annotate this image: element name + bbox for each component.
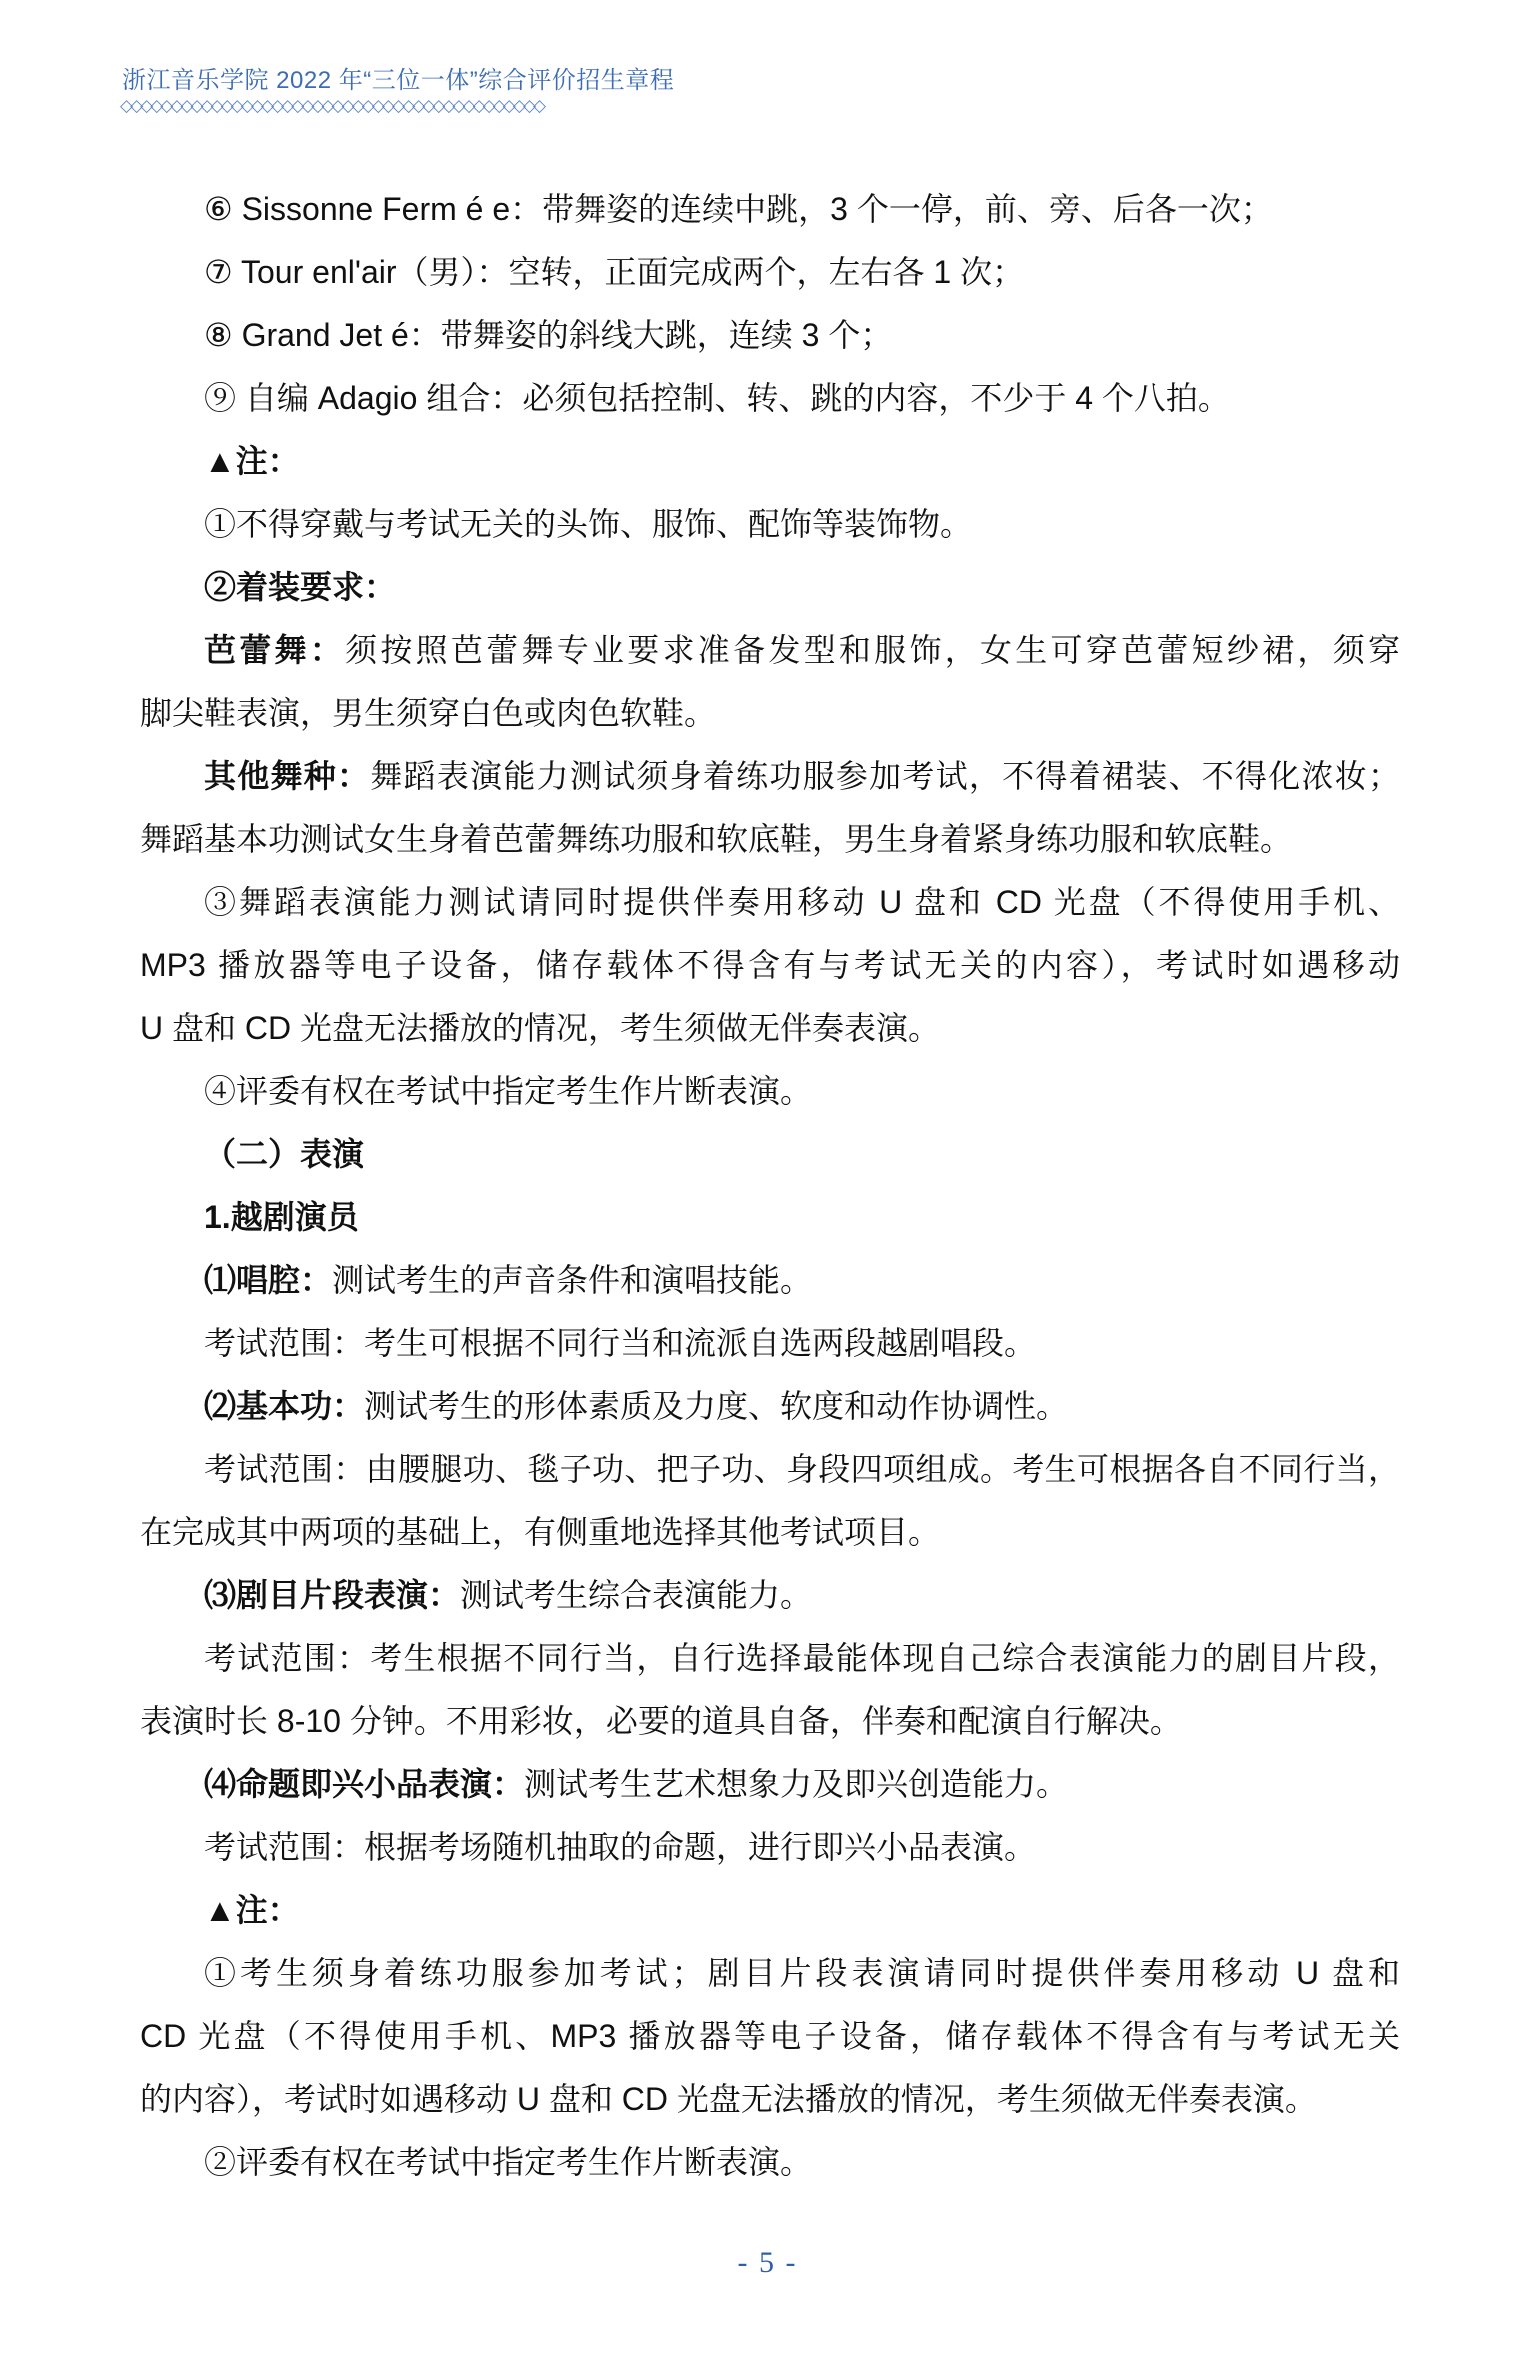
page-header-title: 浙江音乐学院 2022 年“三位一体”综合评价招生章程 — [122, 66, 674, 96]
body-line: 的内容），考试时如遇移动 U 盘和 CD 光盘无法播放的情况，考生须做无伴奏表演… — [140, 2068, 1400, 2131]
line-label: ⑷命题即兴小品表演： — [204, 1766, 524, 1802]
line-label: ⑵基本功： — [204, 1388, 364, 1424]
body-line: ▲注： — [140, 430, 1400, 493]
page-number: - 5 - — [0, 2246, 1535, 2280]
body-line: ▲注： — [140, 1879, 1400, 1942]
body-line: ①不得穿戴与考试无关的头饰、服饰、配饰等装饰物。 — [140, 493, 1400, 556]
line-text: 的内容），考试时如遇移动 U 盘和 CD 光盘无法播放的情况，考生须做无伴奏表演… — [140, 2081, 1317, 2117]
body-line: （二）表演 — [140, 1123, 1400, 1186]
body-line: ③舞蹈表演能力测试请同时提供伴奏用移动 U 盘和 CD 光盘（不得使用手机、 — [140, 871, 1400, 934]
body-line: ⑦ Tour enl'air（男）：空转，正面完成两个，左右各 1 次； — [140, 241, 1400, 304]
line-text: 考试范围：根据考场随机抽取的命题，进行即兴小品表演。 — [204, 1829, 1036, 1865]
body-line: CD 光盘（不得使用手机、MP3 播放器等电子设备，储存载体不得含有与考试无关 — [140, 2005, 1400, 2068]
line-text: 测试考生的形体素质及力度、软度和动作协调性。 — [364, 1388, 1068, 1424]
body-line: 在完成其中两项的基础上，有侧重地选择其他考试项目。 — [140, 1501, 1400, 1564]
body-line: ⑴唱腔：测试考生的声音条件和演唱技能。 — [140, 1249, 1400, 1312]
line-text: ①不得穿戴与考试无关的头饰、服饰、配饰等装饰物。 — [204, 506, 972, 542]
line-label: ②着装要求： — [204, 569, 396, 605]
line-text: 须按照芭蕾舞专业要求准备发型和服饰，女生可穿芭蕾短纱裙，须穿 — [345, 632, 1400, 668]
line-text: 考试范围：考生可根据不同行当和流派自选两段越剧唱段。 — [204, 1325, 1036, 1361]
body-line: ⑧ Grand Jet é：带舞姿的斜线大跳，连续 3 个； — [140, 304, 1400, 367]
document-body: ⑥ Sissonne Ferm é e：带舞姿的连续中跳，3 个一停，前、旁、后… — [140, 178, 1400, 2194]
body-line: ④评委有权在考试中指定考生作片断表演。 — [140, 1060, 1400, 1123]
line-text: 表演时长 8-10 分钟。不用彩妆，必要的道具自备，伴奏和配演自行解决。 — [140, 1703, 1182, 1739]
line-label: 芭蕾舞： — [204, 632, 345, 668]
line-text: ⑨ 自编 Adagio 组合：必须包括控制、转、跳的内容，不少于 4 个八拍。 — [204, 380, 1230, 416]
line-text: 考试范围：考生根据不同行当，自行选择最能体现自己综合表演能力的剧目片段， — [204, 1640, 1400, 1676]
body-line: U 盘和 CD 光盘无法播放的情况，考生须做无伴奏表演。 — [140, 997, 1400, 1060]
line-text: ⑦ Tour enl'air（男）：空转，正面完成两个，左右各 1 次； — [204, 254, 1024, 290]
body-line: 考试范围：根据考场随机抽取的命题，进行即兴小品表演。 — [140, 1816, 1400, 1879]
document-page: 浙江音乐学院 2022 年“三位一体”综合评价招生章程 ◇◇◇◇◇◇◇◇◇◇◇◇… — [0, 0, 1535, 2362]
line-text: ②评委有权在考试中指定考生作片断表演。 — [204, 2144, 812, 2180]
line-text: 测试考生综合表演能力。 — [460, 1577, 812, 1613]
line-text: 考试范围：由腰腿功、毯子功、把子功、身段四项组成。考生可根据各自不同行当， — [204, 1451, 1400, 1487]
line-label: 其他舞种： — [204, 758, 370, 794]
body-line: ①考生须身着练功服参加考试；剧目片段表演请同时提供伴奏用移动 U 盘和 — [140, 1942, 1400, 2005]
body-line: 舞蹈基本功测试女生身着芭蕾舞练功服和软底鞋，男生身着紧身练功服和软底鞋。 — [140, 808, 1400, 871]
body-line: ②着装要求： — [140, 556, 1400, 619]
line-label: ⑶剧目片段表演： — [204, 1577, 460, 1613]
line-label: ▲注： — [204, 1892, 300, 1928]
line-label: （二）表演 — [204, 1136, 364, 1172]
line-label: ⑴唱腔： — [204, 1262, 332, 1298]
body-line: 考试范围：考生可根据不同行当和流派自选两段越剧唱段。 — [140, 1312, 1400, 1375]
line-text: ③舞蹈表演能力测试请同时提供伴奏用移动 U 盘和 CD 光盘（不得使用手机、 — [204, 884, 1400, 920]
body-line: ⑶剧目片段表演：测试考生综合表演能力。 — [140, 1564, 1400, 1627]
body-line: ⑥ Sissonne Ferm é e：带舞姿的连续中跳，3 个一停，前、旁、后… — [140, 178, 1400, 241]
body-line: 其他舞种：舞蹈表演能力测试须身着练功服参加考试，不得着裙装、不得化浓妆； — [140, 745, 1400, 808]
line-text: ④评委有权在考试中指定考生作片断表演。 — [204, 1073, 812, 1109]
line-label: 1.越剧演员 — [204, 1199, 359, 1235]
line-text: U 盘和 CD 光盘无法播放的情况，考生须做无伴奏表演。 — [140, 1010, 940, 1046]
line-text: 在完成其中两项的基础上，有侧重地选择其他考试项目。 — [140, 1514, 940, 1550]
body-line: ⑵基本功：测试考生的形体素质及力度、软度和动作协调性。 — [140, 1375, 1400, 1438]
line-text: 脚尖鞋表演，男生须穿白色或肉色软鞋。 — [140, 695, 716, 731]
line-text: 舞蹈基本功测试女生身着芭蕾舞练功服和软底鞋，男生身着紧身练功服和软底鞋。 — [140, 821, 1292, 857]
body-line: 表演时长 8-10 分钟。不用彩妆，必要的道具自备，伴奏和配演自行解决。 — [140, 1690, 1400, 1753]
body-line: ②评委有权在考试中指定考生作片断表演。 — [140, 2131, 1400, 2194]
header-divider-ornament: ◇◇◇◇◇◇◇◇◇◇◇◇◇◇◇◇◇◇◇◇◇◇◇◇◇◇◇◇◇◇◇◇◇◇◇◇◇◇◇◇… — [120, 96, 543, 116]
line-label: ▲注： — [204, 443, 300, 479]
line-text: MP3 播放器等电子设备，储存载体不得含有与考试无关的内容），考试时如遇移动 — [140, 947, 1400, 983]
body-line: MP3 播放器等电子设备，储存载体不得含有与考试无关的内容），考试时如遇移动 — [140, 934, 1400, 997]
body-line: 1.越剧演员 — [140, 1186, 1400, 1249]
line-text: ⑧ Grand Jet é：带舞姿的斜线大跳，连续 3 个； — [204, 317, 892, 353]
body-line: ⑷命题即兴小品表演：测试考生艺术想象力及即兴创造能力。 — [140, 1753, 1400, 1816]
body-line: 考试范围：考生根据不同行当，自行选择最能体现自己综合表演能力的剧目片段， — [140, 1627, 1400, 1690]
line-text: ⑥ Sissonne Ferm é e：带舞姿的连续中跳，3 个一停，前、旁、后… — [204, 191, 1273, 227]
line-text: CD 光盘（不得使用手机、MP3 播放器等电子设备，储存载体不得含有与考试无关 — [140, 2018, 1400, 2054]
body-line: 芭蕾舞：须按照芭蕾舞专业要求准备发型和服饰，女生可穿芭蕾短纱裙，须穿 — [140, 619, 1400, 682]
line-text: 测试考生的声音条件和演唱技能。 — [332, 1262, 812, 1298]
line-text: 测试考生艺术想象力及即兴创造能力。 — [524, 1766, 1068, 1802]
body-line: 脚尖鞋表演，男生须穿白色或肉色软鞋。 — [140, 682, 1400, 745]
line-text: 舞蹈表演能力测试须身着练功服参加考试，不得着裙装、不得化浓妆； — [370, 758, 1400, 794]
line-text: ①考生须身着练功服参加考试；剧目片段表演请同时提供伴奏用移动 U 盘和 — [204, 1955, 1400, 1991]
body-line: 考试范围：由腰腿功、毯子功、把子功、身段四项组成。考生可根据各自不同行当， — [140, 1438, 1400, 1501]
body-line: ⑨ 自编 Adagio 组合：必须包括控制、转、跳的内容，不少于 4 个八拍。 — [140, 367, 1400, 430]
